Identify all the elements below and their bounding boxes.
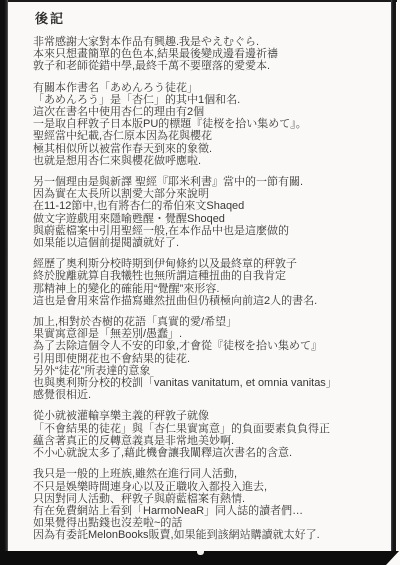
text-line: 本來只想畫簡單的色色本,結果最後變成邊看邊祈禱: [33, 48, 391, 60]
text-line: 敦子和老師從錯中學,最終千萬不要墮落的愛愛本.: [33, 60, 391, 72]
scan-edge-left: [0, 0, 8, 565]
text-line: 經歷了奧利斯分校時期到伊甸條約以及最終章的秤敦子: [33, 258, 391, 270]
text-line: 果實寓意卻是「無差別/愚蠢」.: [33, 328, 391, 340]
paragraph: 有關本作書名「あめんろう徒花」「あめんろう」是「杏仁」的其中1個和名.這次在書名…: [33, 82, 391, 167]
text-line: 為了去除這個令人不安的印象,才會從『徒桜を拾い集めて』: [33, 340, 391, 352]
text-line: 「不會結果的徒花」與「杏仁果實寓意」的負面要素負負得正: [33, 423, 391, 435]
text-line: 不小心就說太多了,藉此機會讓我闡釋這次書名的含意.: [33, 447, 391, 459]
paragraph: 經歷了奧利斯分校時期到伊甸條約以及最終章的秤敦子終於脫離就算自我犧牲也無所謂這種…: [33, 258, 391, 307]
text-line: 終於脫離就算自我犧牲也無所謂這種扭曲的自我肯定: [33, 270, 391, 282]
text-line: 我只是一般的上班族,雖然在進行同人活動,: [33, 468, 391, 480]
afterword-body: 非常感謝大家對本作品有興趣.我是やえむぐら.本來只想畫簡單的色色本,結果最後變成…: [33, 36, 391, 542]
text-line: 有關本作書名「あめんろう徒花」: [33, 82, 391, 94]
text-line: 蘊含著真正的反轉意義真是非常地美妙啊.: [33, 435, 391, 447]
text-line: 不只是娛樂時間連身心以及正職收入都投入進去,: [33, 481, 391, 493]
text-line: 如果覺得出點錢也沒差啦~的話: [33, 517, 391, 529]
text-line: 如果能以這個前提閱讀就好了.: [33, 237, 391, 249]
paragraph: 從小就被灌輸享樂主義的秤敦子就像「不會結果的徒花」與「杏仁果實寓意」的負面要素負…: [33, 410, 391, 459]
paragraph: 非常感謝大家對本作品有興趣.我是やえむぐら.本來只想畫簡單的色色本,結果最後變成…: [33, 36, 391, 73]
text-line: 那精神上的變化的確能用“覺醒”來形容.: [33, 283, 391, 295]
text-line: 另一個理由是與新譯 聖經『耶米利書』當中的一節有關.: [33, 176, 391, 188]
scan-edge-top: [0, 0, 397, 2]
text-line: 這也是會用來當作描寫雖然扭曲但仍積極向前這2人的書名.: [33, 295, 391, 307]
scanned-page: 後記 非常感謝大家對本作品有興趣.我是やえむぐら.本來只想畫簡單的色色本,結果最…: [0, 0, 400, 565]
paragraph: 我只是一般的上班族,雖然在進行同人活動,不只是娛樂時間連身心以及正職收入都投入進…: [33, 468, 391, 541]
text-line: 感覺很相近.: [33, 389, 391, 401]
scan-corner-cut: [386, 550, 400, 565]
text-line: 從小就被灌輸享樂主義的秤敦子就像: [33, 410, 391, 422]
text-line: 也就是想用杏仁來與櫻花做呼應啦.: [33, 155, 391, 167]
text-line: 加上,相對於杏樹的花語「真實的愛/希望」: [33, 316, 391, 328]
text-line: 因為實在太長所以割愛大部分來說明: [33, 188, 391, 200]
scan-binding-notch: [197, 551, 204, 555]
text-line: 極其相似所以被當作春天到來的象徵.: [33, 143, 391, 155]
text-line: 有在免費網站上看到「HarmoNeaR」同人誌的讀者們…: [33, 505, 391, 517]
text-line: 另外“徒花”所表達的意象: [33, 365, 391, 377]
scan-edge-bottom: [0, 551, 400, 565]
text-line: 「あめんろう」是「杏仁」的其中1個和名.: [33, 94, 391, 106]
text-line: 引用即使開花也不會結果的徒花.: [33, 353, 391, 365]
text-line: 也與奧利斯分校的校訓「vanitas vanitatum, et omnia v…: [33, 377, 391, 389]
text-line: 聖經當中紀載,杏仁原本因為花與櫻花: [33, 130, 391, 142]
text-line: 與蔚藍檔案中引用聖經一般,在本作品中也是這麼做的: [33, 225, 391, 237]
text-line: 一是取自秤敦子日本版PU的標題『徒桜を拾い集めて』。: [33, 118, 391, 130]
text-line: 只因對同人活動、秤敦子與蔚藍檔案有熱情.: [33, 493, 391, 505]
text-line: 在11-12節中,也有將杏仁的希伯來文Shaqed: [33, 200, 391, 212]
paragraph: 另一個理由是與新譯 聖經『耶米利書』當中的一節有關.因為實在太長所以割愛大部分來…: [33, 176, 391, 249]
text-line: 因為有委託MelonBooks販賣,如果能到該網站購讀就太好了.: [33, 529, 391, 541]
text-line: 非常感謝大家對本作品有興趣.我是やえむぐら.: [33, 36, 391, 48]
text-line: 這次在書名中使用杏仁的理由有2個: [33, 106, 391, 118]
scan-edge-right: [391, 0, 396, 552]
page-title: 後記: [35, 8, 391, 27]
text-line: 做文字遊戲用來隱喻甦醒・覺醒Shoqed: [33, 213, 391, 225]
afterword-content: 後記 非常感謝大家對本作品有興趣.我是やえむぐら.本來只想畫簡單的色色本,結果最…: [33, 8, 391, 551]
paragraph: 加上,相對於杏樹的花語「真實的愛/希望」果實寓意卻是「無差別/愚蠢」.為了去除這…: [33, 316, 391, 401]
